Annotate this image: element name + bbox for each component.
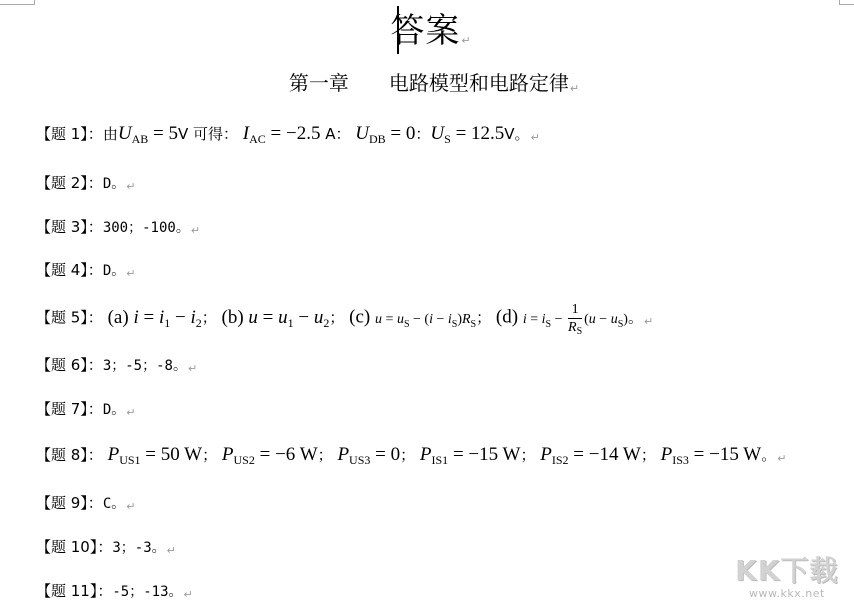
watermark: KK下载 www.kkx.net	[735, 555, 850, 605]
separator: ；	[476, 309, 491, 327]
crop-mark-top-right	[839, 0, 854, 5]
equation-c-tag: (c)	[349, 307, 370, 328]
equation-a: (a) i = i1 − i2	[108, 307, 202, 328]
fraction: 1RS	[568, 302, 582, 337]
equation-p-is2: PIS2 = −14 W	[540, 444, 641, 465]
answer: 3；-3。	[112, 540, 165, 556]
question-label: 【题 3】：	[36, 218, 103, 236]
separator: ；	[329, 309, 344, 327]
question-8[interactable]: 【题 8】： PUS1 = 50 W； PUS2 = −6 W； PUS3 = …	[36, 443, 786, 471]
separator: 。	[761, 446, 776, 464]
question-10[interactable]: 【题 10】：3；-3。↵	[36, 535, 176, 563]
question-2[interactable]: 【题 2】：D。↵	[36, 171, 135, 199]
equation: IAC = −2.5	[243, 123, 321, 144]
separator: ；	[520, 446, 535, 464]
paragraph-mark-icon: ↵	[777, 452, 786, 465]
question-label: 【题 9】：	[36, 494, 103, 512]
title-text: 答案	[390, 11, 460, 51]
paragraph-mark-icon: ↵	[570, 82, 579, 95]
question-label: 【题 10】：	[36, 538, 112, 556]
separator: ；	[318, 446, 333, 464]
paragraph-mark-icon: ↵	[184, 588, 193, 601]
text: V 可得：	[178, 125, 238, 143]
equation: US = 12.5	[430, 123, 504, 144]
question-7[interactable]: 【题 7】：D。↵	[36, 397, 135, 425]
text: 由	[103, 125, 118, 143]
paragraph-mark-icon: ↵	[531, 131, 540, 144]
paragraph-mark-icon: ↵	[126, 500, 135, 513]
separator: ；	[202, 446, 217, 464]
document-title[interactable]: 答案↵	[0, 8, 854, 64]
equation-p-us3: PUS3 = 0	[337, 444, 400, 465]
chapter-name: 电路模型和电路定律	[389, 71, 569, 95]
answer: D。	[103, 176, 125, 192]
text: ：	[415, 125, 430, 143]
paragraph-mark-icon: ↵	[461, 34, 471, 47]
paragraph-mark-icon: ↵	[191, 224, 200, 237]
equation-d-tag: (d)	[496, 307, 518, 328]
equation-p-is3: PIS3 = −15 W	[661, 444, 762, 465]
paragraph-mark-icon: ↵	[188, 362, 197, 375]
question-label: 【题 6】：	[36, 356, 103, 374]
equation-c: u = uS − (i − iS)RS	[375, 312, 476, 327]
paragraph-mark-icon: ↵	[644, 315, 653, 328]
equation-p-us2: PUS2 = −6 W	[222, 444, 318, 465]
question-label: 【题 8】：	[36, 446, 103, 464]
answer: D。	[103, 402, 125, 418]
question-11[interactable]: 【题 11】：-5；-13。↵	[36, 579, 193, 605]
text: A：	[320, 125, 350, 143]
question-label: 【题 1】：	[36, 125, 103, 143]
question-9[interactable]: 【题 9】：C。↵	[36, 491, 135, 519]
answer: C。	[103, 496, 125, 512]
paragraph-mark-icon: ↵	[167, 544, 176, 557]
chapter-heading[interactable]: 第一章电路模型和电路定律↵	[0, 68, 854, 104]
answer: 300；-100。	[103, 220, 190, 236]
watermark-logo: KK下载	[735, 555, 850, 587]
question-3[interactable]: 【题 3】：300；-100。↵	[36, 215, 200, 243]
question-4[interactable]: 【题 4】：D。↵	[36, 258, 135, 286]
separator: ；	[400, 446, 415, 464]
question-label: 【题 5】：	[36, 309, 103, 327]
separator: ；	[202, 309, 217, 327]
question-label: 【题 11】：	[36, 582, 112, 600]
equation: UDB = 0	[355, 123, 415, 144]
equation-p-is1: PIS1 = −15 W	[420, 444, 521, 465]
paragraph-mark-icon: ↵	[126, 180, 135, 193]
watermark-url: www.kkx.net	[735, 587, 850, 601]
answer: D。	[103, 263, 125, 279]
equation-d: i = iS − 1RS(u − uS)	[523, 312, 628, 327]
equation-b: (b) u = u1 − u2	[222, 307, 330, 328]
equation: UAB = 5	[118, 123, 178, 144]
separator: 。	[628, 309, 643, 327]
separator: ；	[641, 446, 656, 464]
question-label: 【题 4】：	[36, 261, 103, 279]
question-6[interactable]: 【题 6】：3；-5；-8。↵	[36, 353, 197, 381]
question-5[interactable]: 【题 5】： (a) i = i1 − i2； (b) u = u1 − u2；…	[36, 302, 653, 337]
chapter-number: 第一章	[289, 71, 349, 95]
question-1[interactable]: 【题 1】：由UAB = 5V 可得： IAC = −2.5 A： UDB = …	[36, 122, 540, 150]
question-label: 【题 7】：	[36, 400, 103, 418]
crop-mark-top-left	[0, 0, 35, 5]
paragraph-mark-icon: ↵	[126, 406, 135, 419]
equation-p-us1: PUS1 = 50 W	[108, 444, 203, 465]
answer: -5；-13。	[112, 584, 182, 600]
paragraph-mark-icon: ↵	[126, 267, 135, 280]
answer: 3；-5；-8。	[103, 358, 187, 374]
text: V。	[504, 125, 529, 143]
question-label: 【题 2】：	[36, 174, 103, 192]
